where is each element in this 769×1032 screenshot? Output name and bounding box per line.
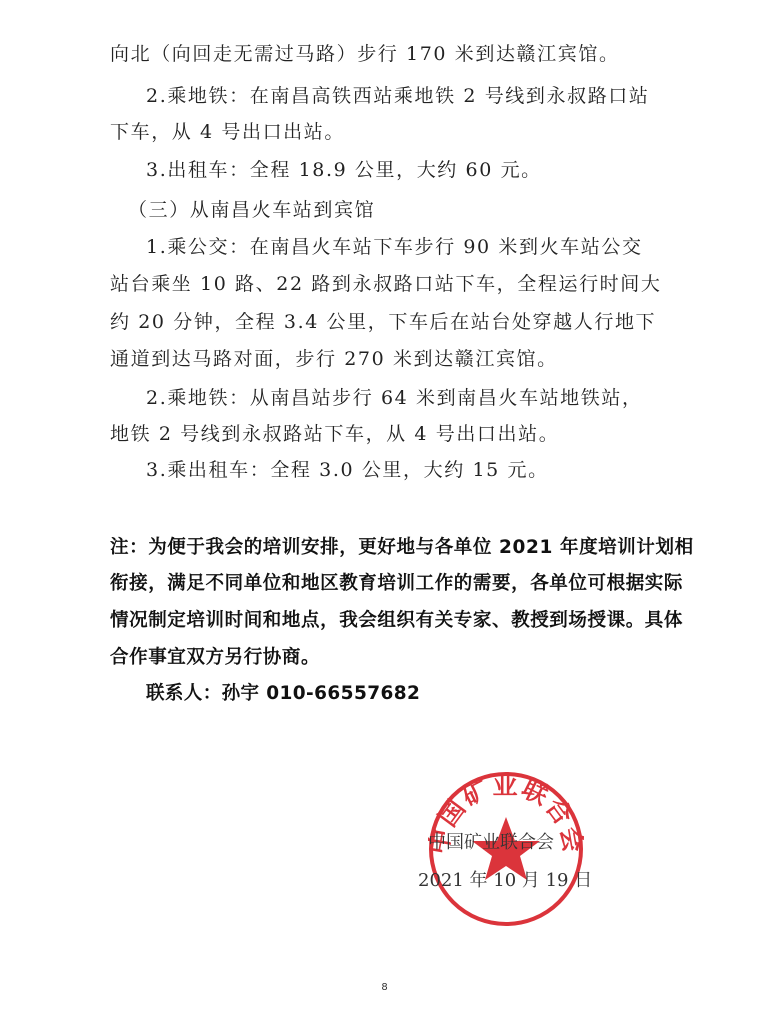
signature-organization: 中国矿业联合会 [428, 828, 554, 854]
note-line: 合作事宜双方另行协商。 [110, 646, 663, 670]
text-line: 站台乘坐 10 路、22 路到永叔路口站下车，全程运行时间大 [110, 272, 663, 296]
text-line: 3.出租车：全程 18.9 公里，大约 60 元。 [146, 158, 663, 182]
page-number: 8 [0, 982, 769, 993]
document-page: 向北（向回走无需过马路）步行 170 米到达赣江宾馆。 2.乘地铁：在南昌高铁西… [0, 0, 769, 1032]
contact-info: 联系人：孙宇 010-66557682 [146, 682, 699, 706]
signature-date: 2021 年 10 月 19 日 [418, 866, 592, 892]
text-line: 2.乘地铁：从南昌站步行 64 米到南昌火车站地铁站， [146, 386, 663, 410]
note-line: 情况制定培训时间和地点，我会组织有关专家、教授到场授课。具体 [110, 609, 663, 633]
text-line: 下车，从 4 号出口出站。 [110, 120, 663, 144]
section-heading: （三）从南昌火车站到宾馆 [128, 198, 681, 222]
text-line: 向北（向回走无需过马路）步行 170 米到达赣江宾馆。 [110, 42, 663, 66]
note-line: 衔接，满足不同单位和地区教育培训工作的需要，各单位可根据实际 [110, 572, 663, 596]
text-line: 通道到达马路对面，步行 270 米到达赣江宾馆。 [110, 347, 663, 371]
text-line: 1.乘公交：在南昌火车站下车步行 90 米到火车站公交 [146, 235, 663, 259]
text-line: 2.乘地铁：在南昌高铁西站乘地铁 2 号线到永叔路口站 [146, 84, 663, 108]
text-line: 3.乘出租车：全程 3.0 公里，大约 15 元。 [146, 458, 663, 482]
text-line: 地铁 2 号线到永叔路站下车，从 4 号出口出站。 [110, 422, 663, 446]
note-line: 注：为便于我会的培训安排，更好地与各单位 2021 年度培训计划相 [110, 536, 663, 560]
text-line: 约 20 分钟，全程 3.4 公里，下车后在站台处穿越人行地下 [110, 310, 663, 334]
